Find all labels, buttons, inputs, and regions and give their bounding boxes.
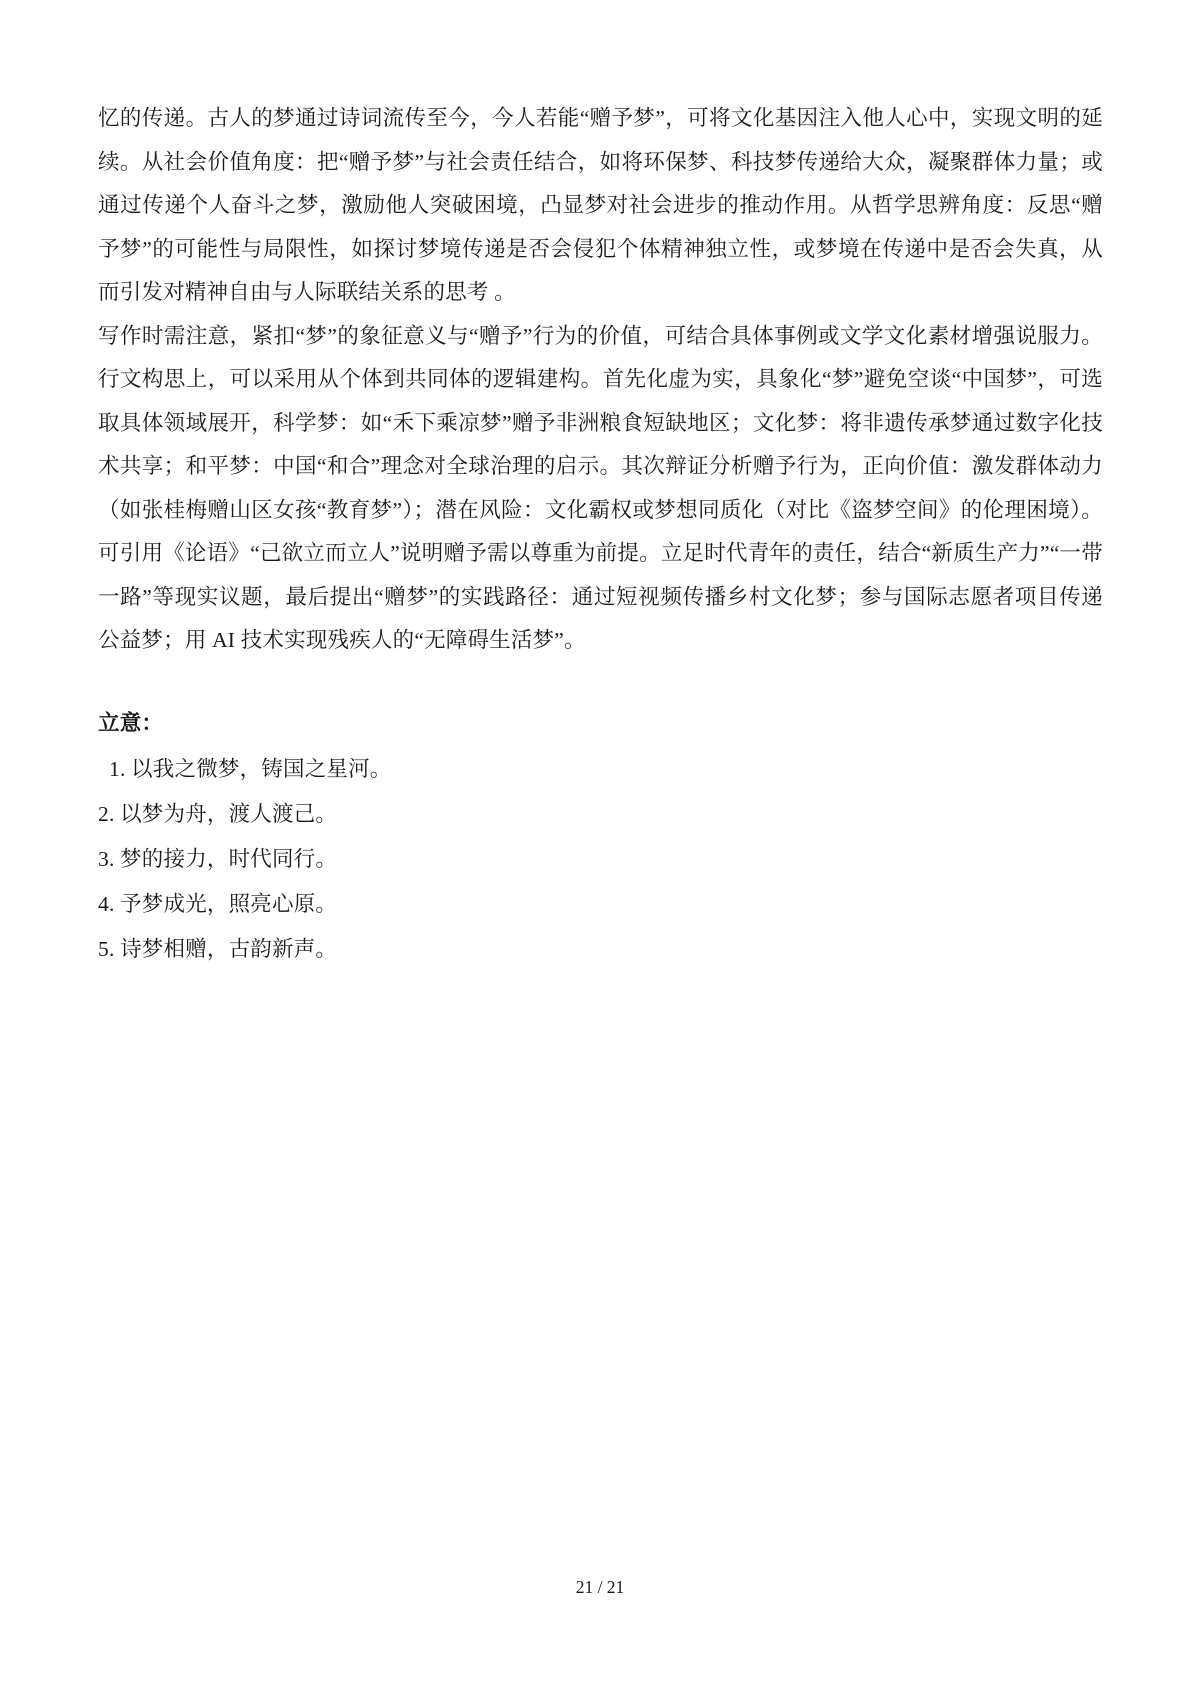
paragraph-writing-guidance: 写作时需注意，紧扣“梦”的象征意义与“赠予”行为的价值，可结合具体事例或文学文化…: [98, 315, 1103, 663]
page-number: 21 / 21: [0, 1577, 1200, 1597]
list-item: 2. 以梦为舟，渡人渡己。: [98, 792, 1103, 837]
document-body: 忆的传递。古人的梦通过诗词流传至今，今人若能“赠予梦”，可将文化基因注入他人心中…: [98, 97, 1103, 972]
section-heading-liyi: 立意：: [98, 702, 1103, 746]
document-page: 忆的传递。古人的梦通过诗词流传至今，今人若能“赠予梦”，可将文化基因注入他人心中…: [0, 0, 1200, 1697]
list-item: 4. 予梦成光，照亮心原。: [98, 882, 1103, 927]
list-item: 3. 梦的接力，时代同行。: [98, 837, 1103, 882]
thesis-points-list: 1. 以我之微梦，铸国之星河。 2. 以梦为舟，渡人渡己。 3. 梦的接力，时代…: [98, 747, 1103, 972]
list-item: 1. 以我之微梦，铸国之星河。: [98, 747, 1103, 792]
list-item: 5. 诗梦相赠，古韵新声。: [98, 927, 1103, 972]
paragraph-analysis-continuation: 忆的传递。古人的梦通过诗词流传至今，今人若能“赠予梦”，可将文化基因注入他人心中…: [98, 97, 1103, 315]
